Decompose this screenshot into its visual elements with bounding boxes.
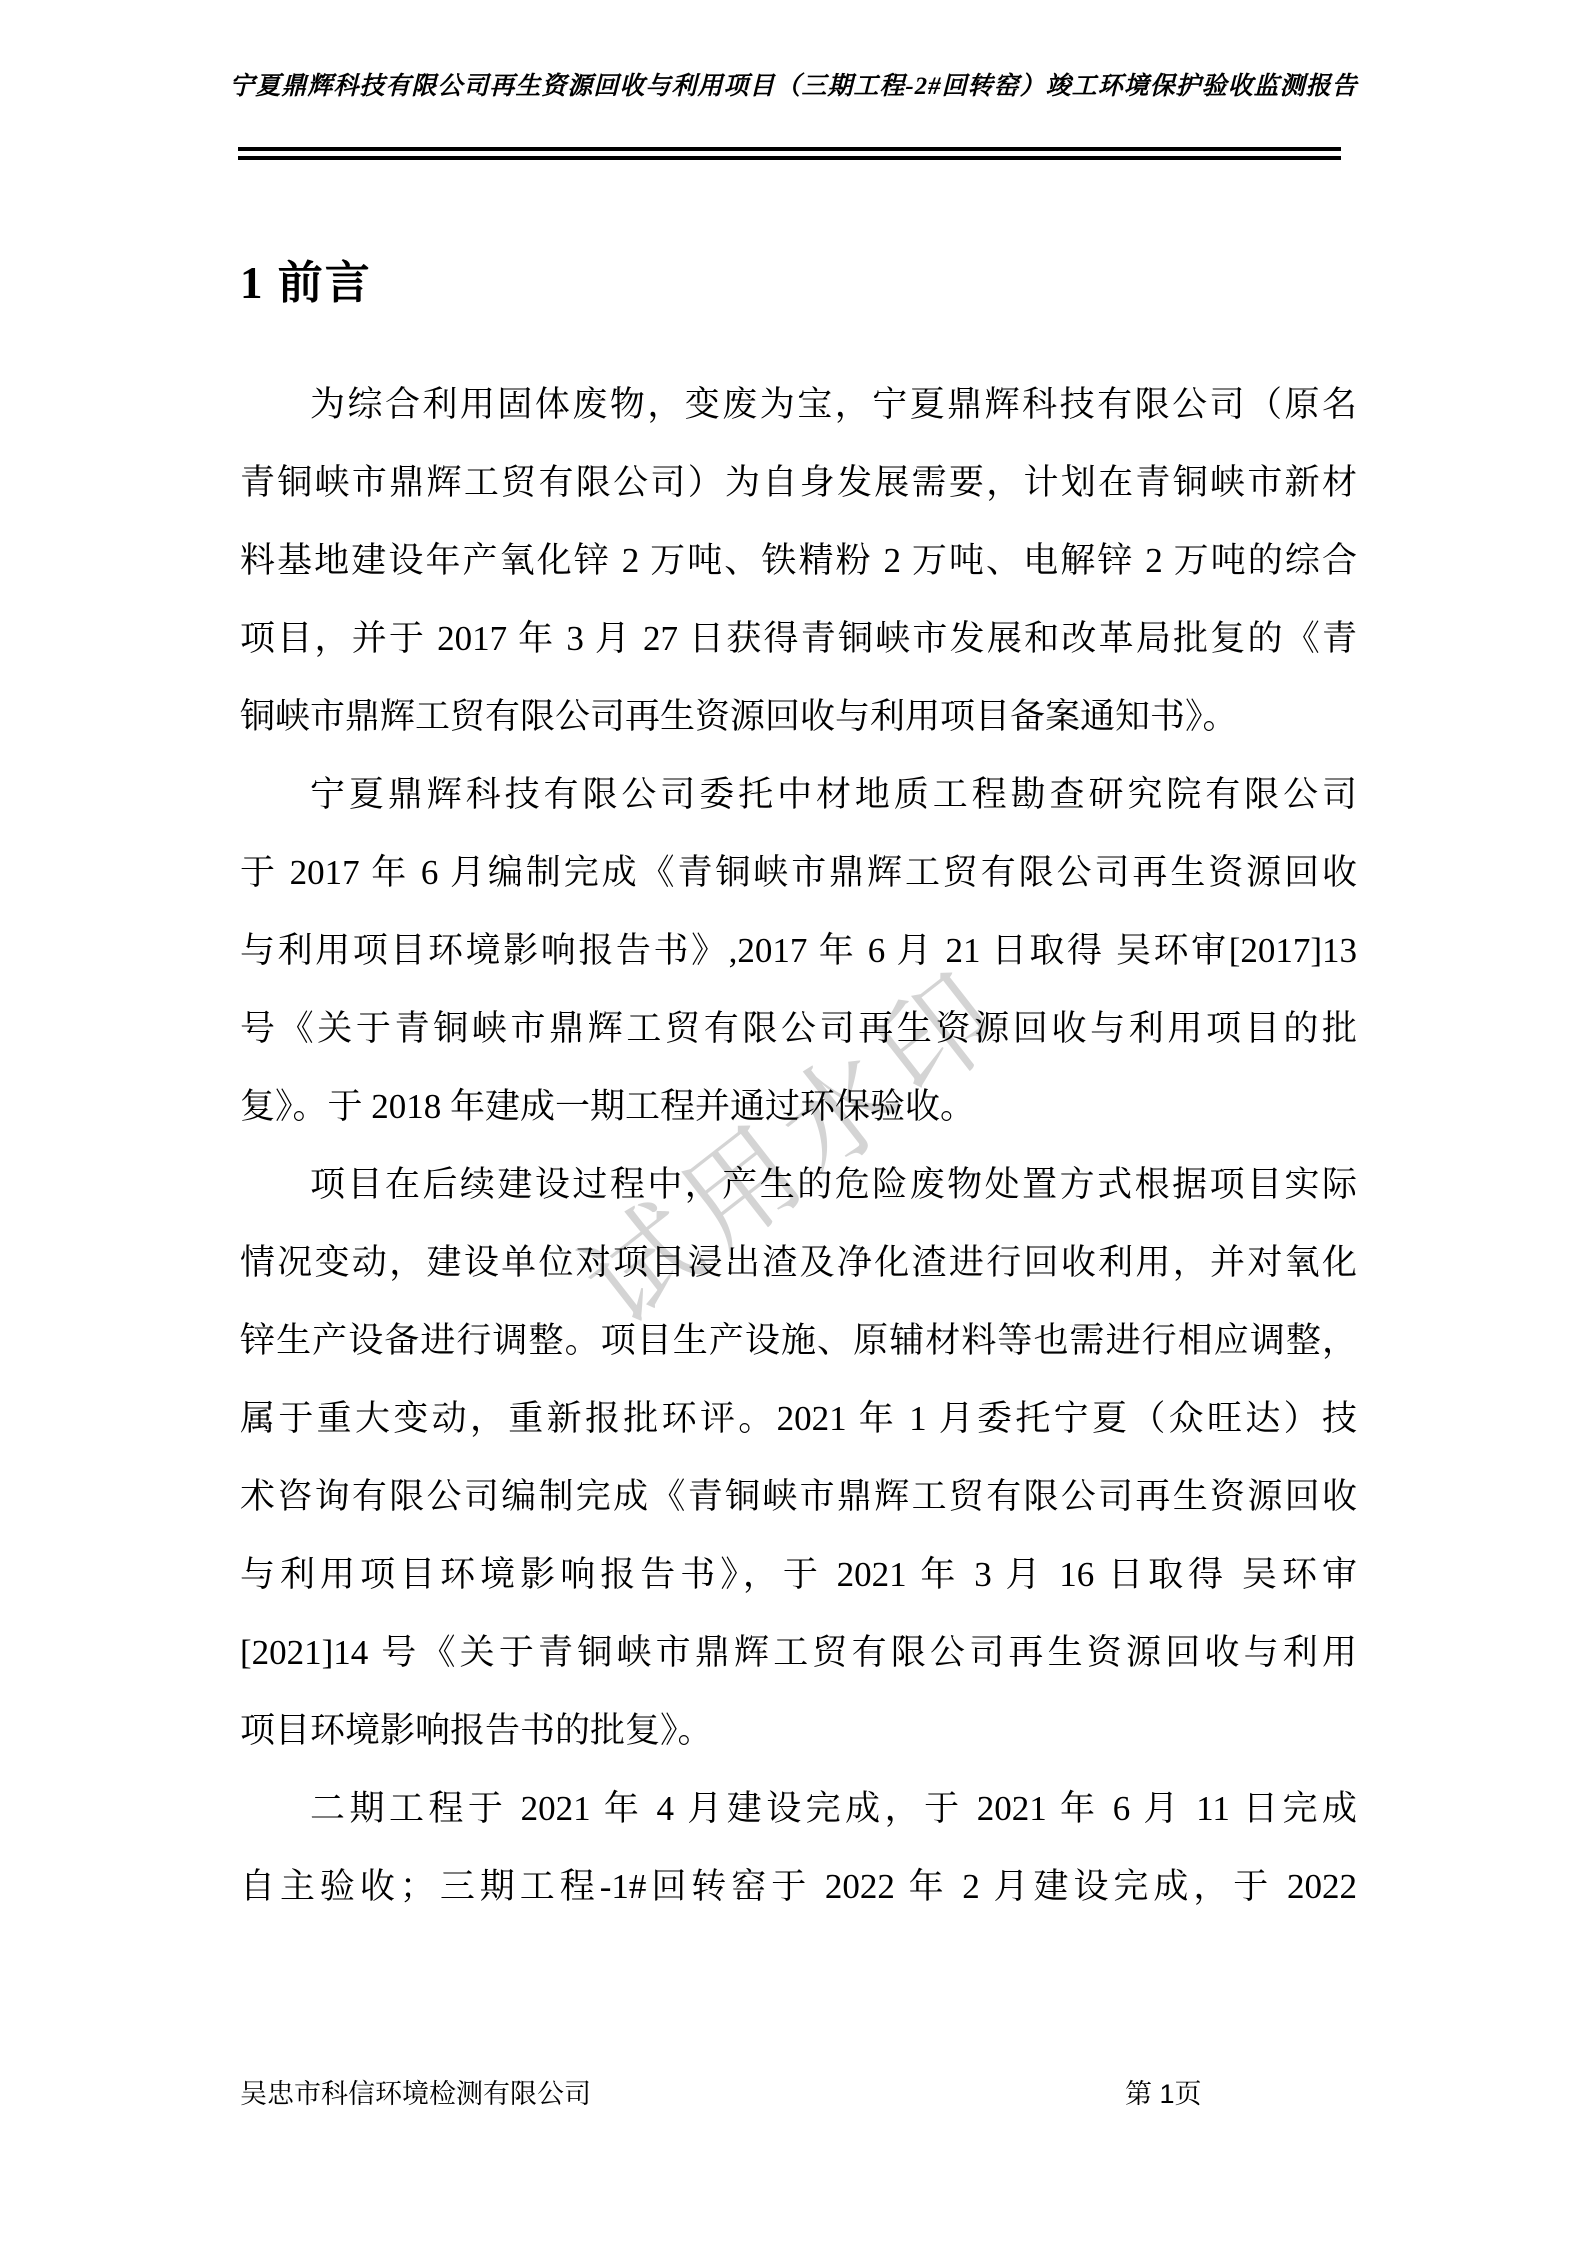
footer-company-name: 吴忠市科信环境检测有限公司 — [240, 2072, 591, 2111]
page-footer: 吴忠市科信环境检测有限公司 第 1页 — [0, 2072, 1587, 2112]
body-line: 项目在后续建设过程中，产生的危险废物处置方式根据项目实际 — [240, 1146, 1357, 1224]
body-line: 锌生产设备进行调整。项目生产设施、原辅材料等也需进行相应调整， — [240, 1302, 1357, 1380]
body-line: 料基地建设年产氧化锌 2 万吨、铁精粉 2 万吨、电解锌 2 万吨的综合 — [240, 522, 1357, 600]
body-line: 项目环境影响报告书的批复》。 — [240, 1692, 1357, 1770]
body-line: [2021]14 号《关于青铜峡市鼎辉工贸有限公司再生资源回收与利用 — [240, 1614, 1357, 1692]
body-line: 与利用项目环境影响报告书》，于 2021 年 3 月 16 日取得 吴环审 — [240, 1536, 1357, 1614]
header-double-rule — [238, 147, 1341, 160]
document-body: 为综合利用固体废物，变废为宝，宁夏鼎辉科技有限公司（原名青铜峡市鼎辉工贸有限公司… — [240, 366, 1357, 1926]
body-line: 自主验收；三期工程-1#回转窑于 2022 年 2 月建设完成，于 2022 — [240, 1848, 1357, 1926]
body-line: 复》。于 2018 年建成一期工程并通过环保验收。 — [240, 1068, 1357, 1146]
body-line: 宁夏鼎辉科技有限公司委托中材地质工程勘查研究院有限公司 — [240, 756, 1357, 834]
body-line: 铜峡市鼎辉工贸有限公司再生资源回收与利用项目备案通知书》。 — [240, 678, 1357, 756]
body-line: 项目，并于 2017 年 3 月 27 日获得青铜峡市发展和改革局批复的《青 — [240, 600, 1357, 678]
document-page: 宁夏鼎辉科技有限公司再生资源回收与利用项目（三期工程-2#回转窑）竣工环境保护验… — [0, 0, 1587, 2245]
body-line: 号《关于青铜峡市鼎辉工贸有限公司再生资源回收与利用项目的批 — [240, 990, 1357, 1068]
body-line: 属于重大变动，重新报批环评。2021 年 1 月委托宁夏（众旺达）技 — [240, 1380, 1357, 1458]
body-line: 术咨询有限公司编制完成《青铜峡市鼎辉工贸有限公司再生资源回收 — [240, 1458, 1357, 1536]
section-heading: 1 前言 — [240, 246, 372, 311]
body-line: 青铜峡市鼎辉工贸有限公司）为自身发展需要，计划在青铜峡市新材 — [240, 444, 1357, 522]
page-header-title: 宁夏鼎辉科技有限公司再生资源回收与利用项目（三期工程-2#回转窑）竣工环境保护验… — [0, 66, 1587, 102]
body-line: 情况变动，建设单位对项目浸出渣及净化渣进行回收利用，并对氧化 — [240, 1224, 1357, 1302]
body-line: 二期工程于 2021 年 4 月建设完成，于 2021 年 6 月 11 日完成 — [240, 1770, 1357, 1848]
body-line: 于 2017 年 6 月编制完成《青铜峡市鼎辉工贸有限公司再生资源回收 — [240, 834, 1357, 912]
body-line: 为综合利用固体废物，变废为宝，宁夏鼎辉科技有限公司（原名 — [240, 366, 1357, 444]
body-line: 与利用项目环境影响报告书》,2017 年 6 月 21 日取得 吴环审[2017… — [240, 912, 1357, 990]
footer-page-number: 第 1页 — [1125, 2072, 1202, 2111]
